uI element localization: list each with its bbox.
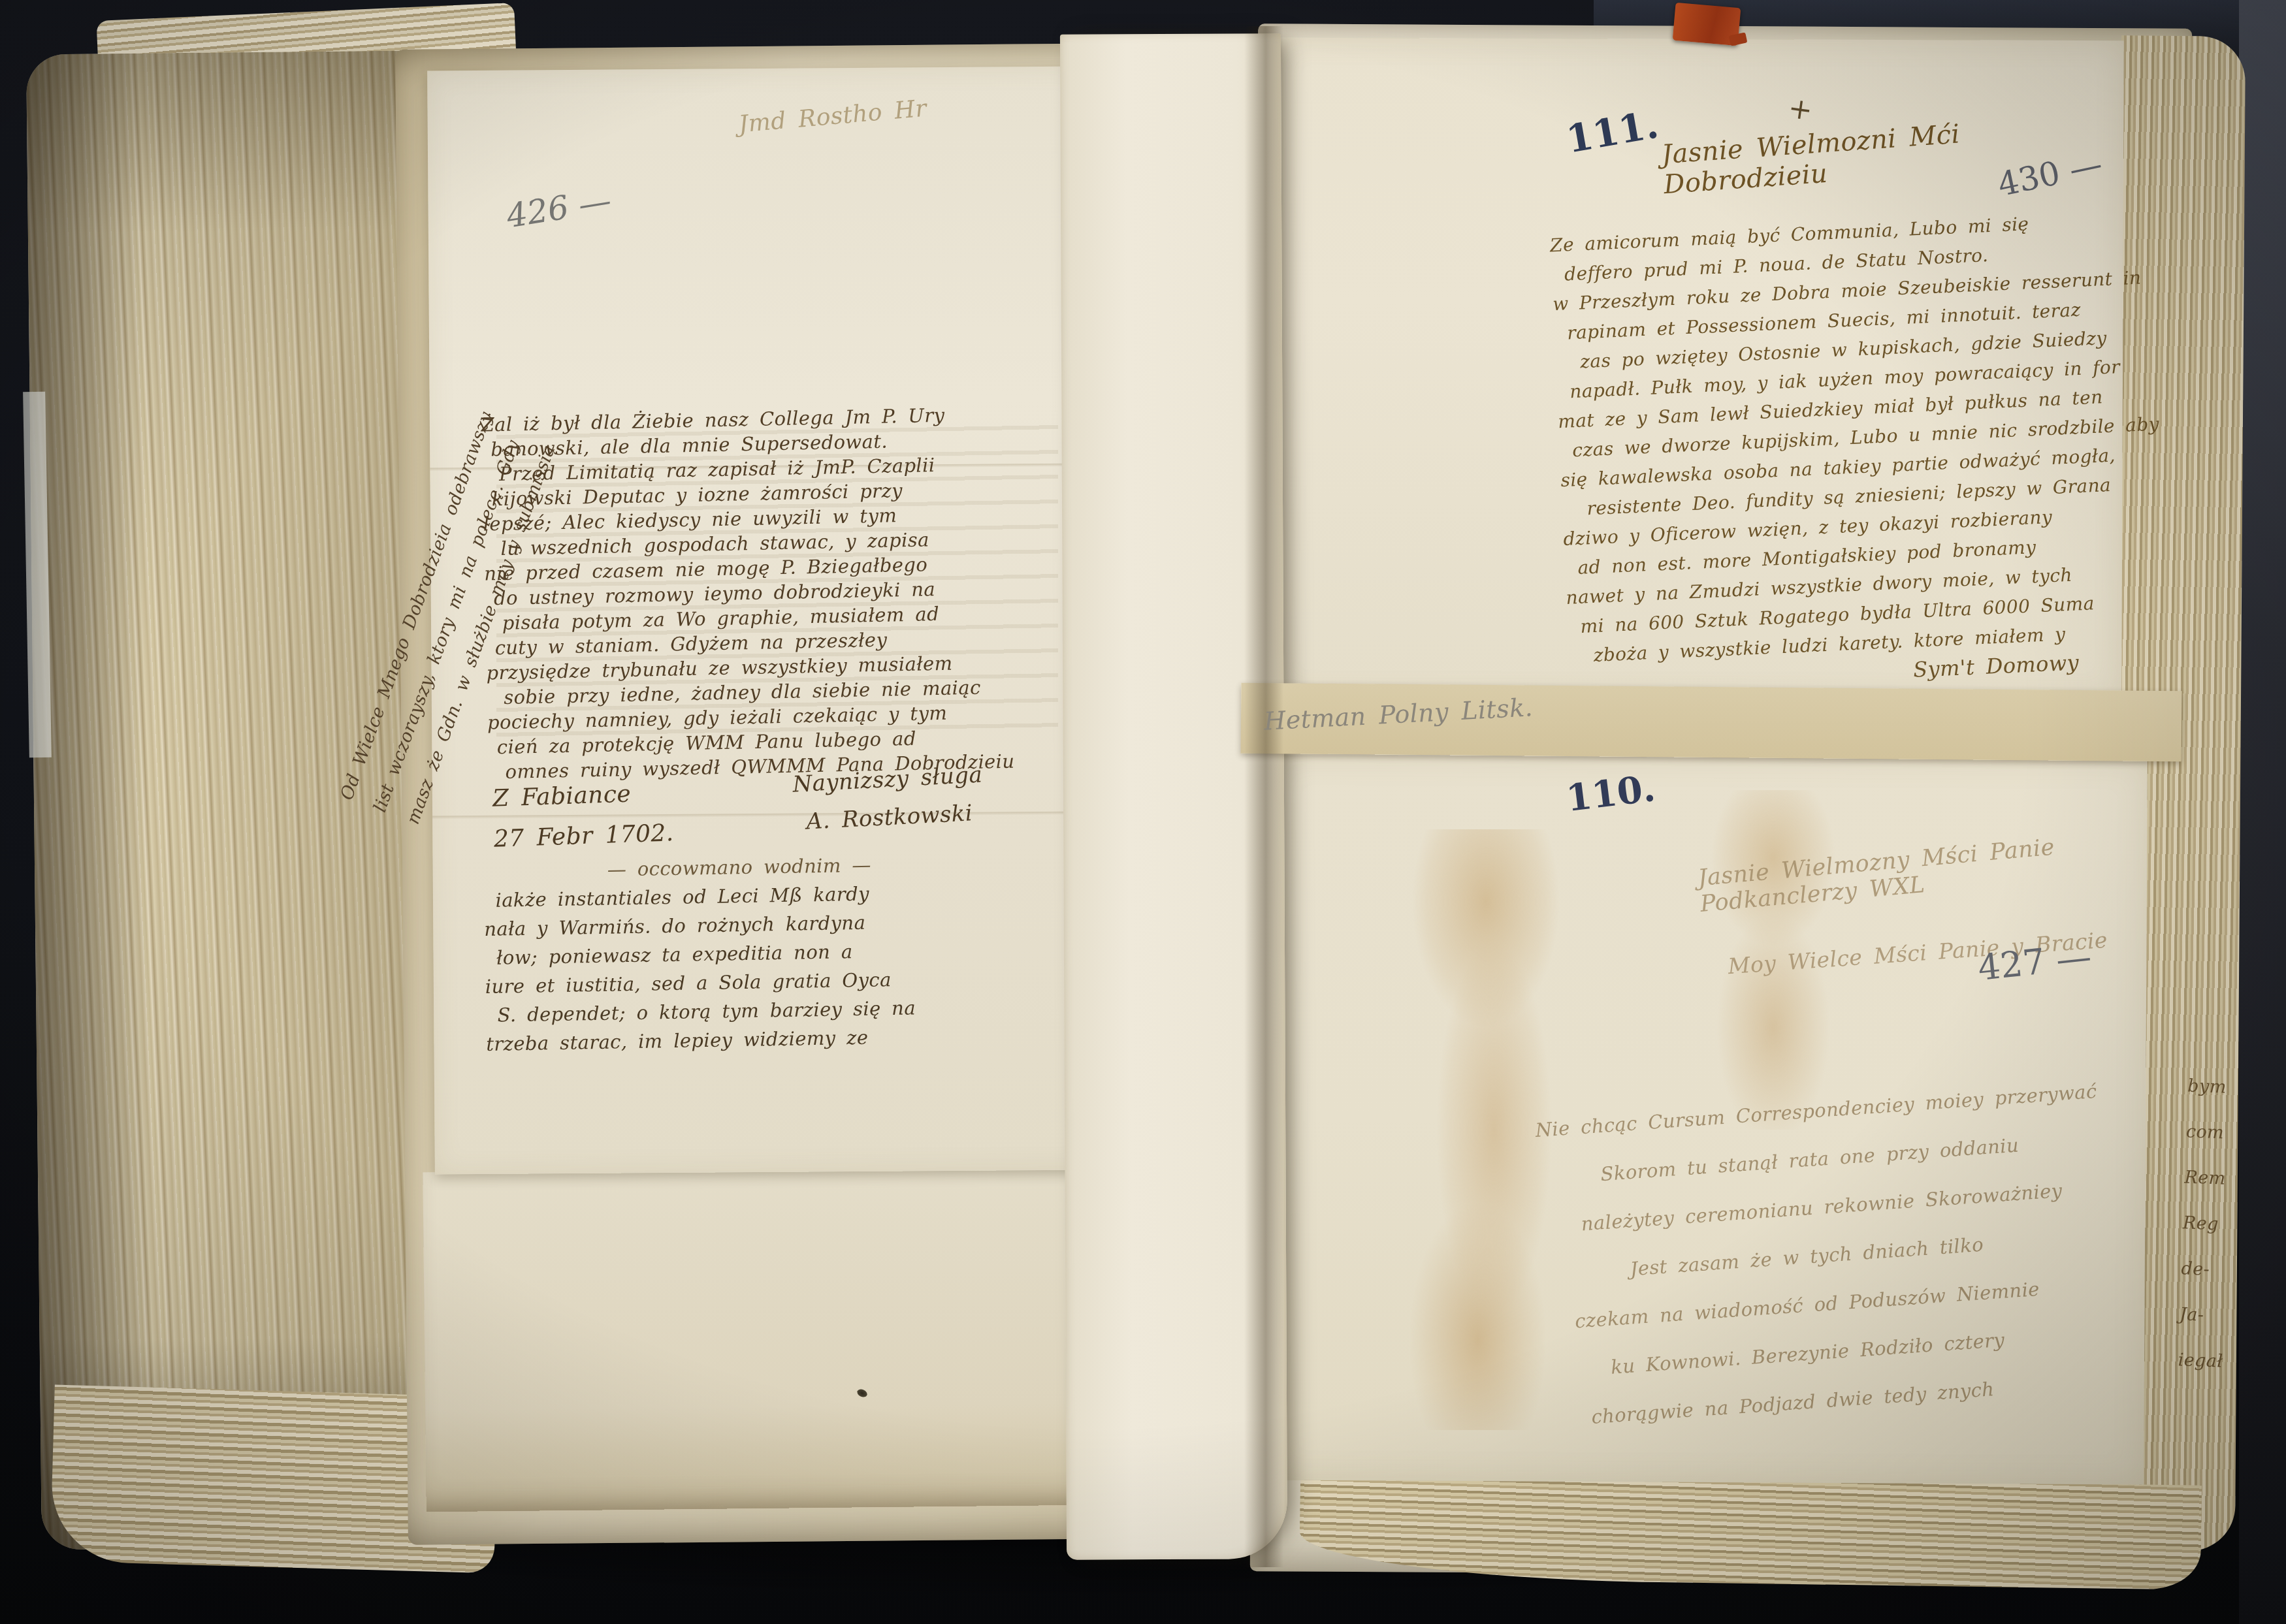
hand-line: iegał: [2177, 1337, 2240, 1385]
hand-line: Ja-: [2179, 1292, 2242, 1339]
left-letter-body: Żal iż był dla Żiebie nasz Collega Jm P.…: [481, 400, 1083, 785]
right-letter-111-body: Ze amicorum maią być Communia, Lubo mi s…: [1549, 203, 2178, 700]
hand-line: de-: [2180, 1246, 2244, 1294]
hand-line: Z Fabiance: [492, 772, 673, 820]
left-letter-signature: Naynizszy sługaA. Rostkowski: [792, 756, 985, 841]
hand-line: 27 Febr 1702.: [493, 813, 675, 860]
hand-line: Reg: [2182, 1200, 2246, 1248]
hand-line: com: [2185, 1109, 2249, 1156]
hand-line: Rem: [2183, 1154, 2247, 1202]
manuscript-photo: Jmd Rostho Hr 426 — Od Wielce Mnego Dobr…: [0, 0, 2286, 1624]
book-gutter-shadow: [1244, 26, 1283, 1567]
left-letter-fragment: — occowmano wodnim —iakże instantiales o…: [483, 847, 1080, 1059]
background-right-band: [2239, 0, 2286, 1624]
hand-line: bym: [2187, 1063, 2250, 1111]
right-margin-strip-words: bymcomRemRegde-Ja-iegał: [2177, 1063, 2250, 1385]
left-letter-dateline: Z Fabiance27 Febr 1702.: [492, 772, 675, 860]
right-letter-110-body: Nie chcąc Cursum Correspondenciey moiey …: [1534, 1062, 2183, 1444]
left-page-lower-sheet: [423, 1166, 1092, 1512]
cross-mark: +: [1786, 91, 1815, 128]
